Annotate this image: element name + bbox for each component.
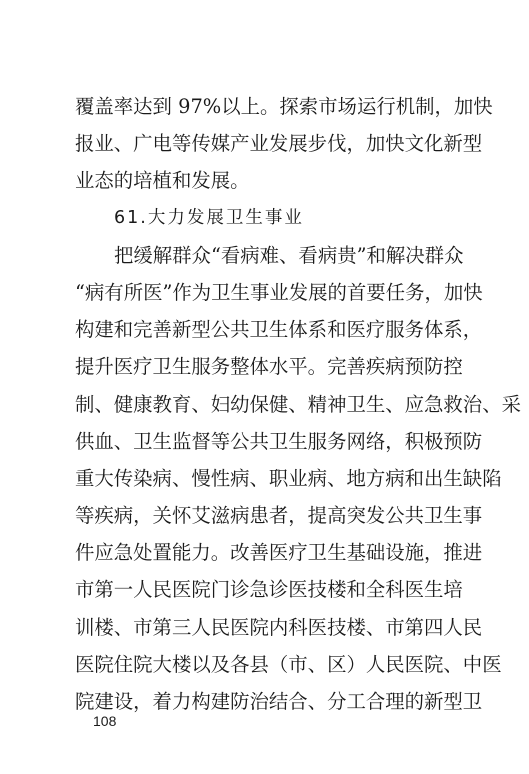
paragraph-line: 训楼、市第三人民医院内科医技楼、市第四人民	[75, 609, 455, 646]
section-heading: 61.大力发展卫生事业	[75, 200, 455, 237]
paragraph-line: 件应急处置能力。改善医疗卫生基础设施，推进	[75, 534, 455, 571]
paragraph-line: 构建和完善新型公共卫生体系和医疗服务体系，	[75, 311, 455, 348]
paragraph-line: 医院住院大楼以及各县（市、区）人民医院、中医	[75, 646, 455, 683]
page-number: 108	[93, 713, 116, 729]
paragraph-line: 报业、广电等传媒产业发展步伐，加快文化新型	[75, 125, 455, 162]
paragraph-line: 重大传染病、慢性病、职业病、地方病和出生缺陷	[75, 460, 455, 497]
paragraph-line: 把缓解群众“看病难、看病贵”和解决群众	[75, 237, 455, 274]
paragraph-line: 市第一人民医院门诊急诊医技楼和全科医生培	[75, 571, 455, 608]
paragraph-line: 等疾病，关怀艾滋病患者，提高突发公共卫生事	[75, 497, 455, 534]
paragraph-line: “病有所医”作为卫生事业发展的首要任务，加快	[75, 274, 455, 311]
paragraph-line: 业态的培植和发展。	[75, 162, 455, 199]
paragraph-line: 提升医疗卫生服务整体水平。完善疾病预防控	[75, 348, 455, 385]
paragraph-line: 制、健康教育、妇幼保健、精神卫生、应急救治、采	[75, 386, 455, 423]
body-text: 覆盖率达到 97%以上。探索市场运行机制，加快 报业、广电等传媒产业发展步伐，加…	[75, 88, 455, 720]
paragraph-line: 院建设，着力构建防治结合、分工合理的新型卫	[75, 683, 455, 720]
paragraph-line: 覆盖率达到 97%以上。探索市场运行机制，加快	[75, 88, 455, 125]
paragraph-line: 供血、卫生监督等公共卫生服务网络，积极预防	[75, 423, 455, 460]
document-page: 覆盖率达到 97%以上。探索市场运行机制，加快 报业、广电等传媒产业发展步伐，加…	[0, 0, 529, 774]
